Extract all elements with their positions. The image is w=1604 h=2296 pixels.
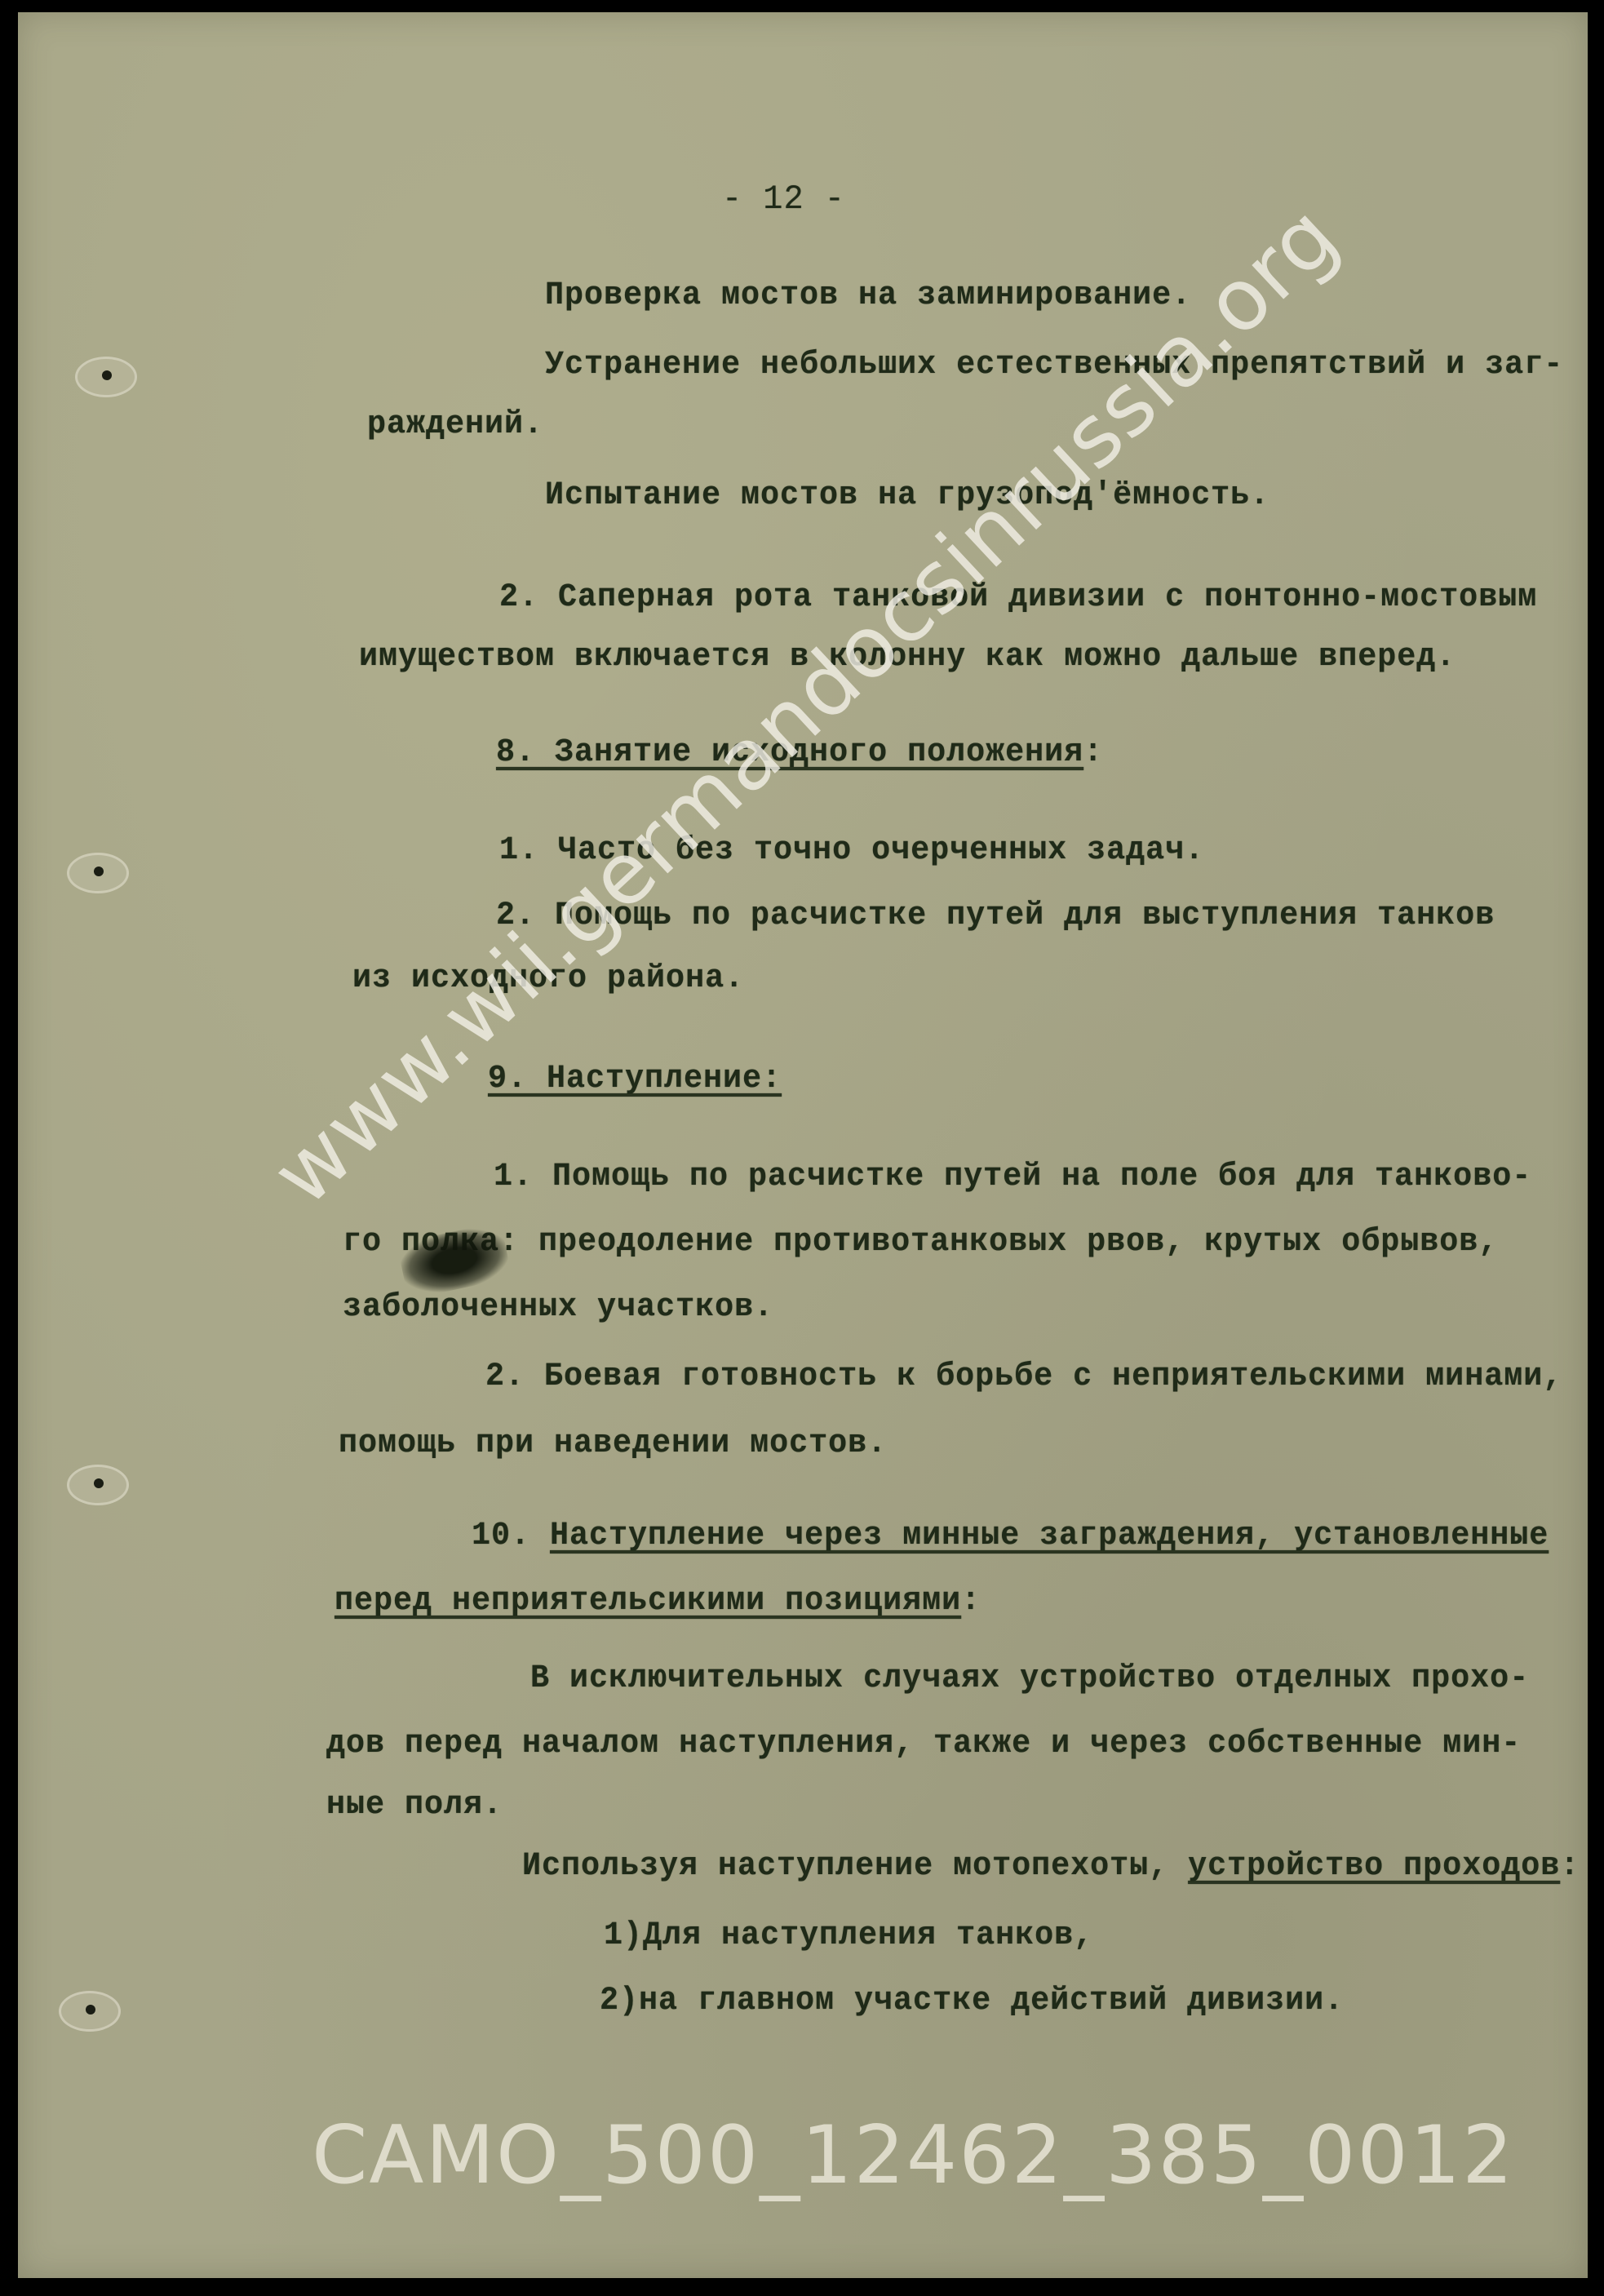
section-8-item-2: 2. Помощь по расчистке путей для выступл…: [496, 898, 1495, 934]
paragraph-sapper-company-cont: имуществом включается в колонну как можн…: [359, 639, 1456, 676]
section-10-paragraph-1: В исключительных случаях устройство отде…: [530, 1660, 1529, 1697]
punch-hole-icon: [59, 1991, 121, 2032]
section-10-heading-text: Наступление через минные заграждения, ус…: [550, 1518, 1549, 1554]
paragraph-bridge-mine-check: Проверка мостов на заминирование.: [545, 277, 1191, 314]
section-8-heading: 8. Занятие исходного положения:: [496, 734, 1103, 771]
section-10-list-item-1: 1)Для наступления танков,: [604, 1917, 1093, 1954]
underlined-phrase: устройство проходов: [1188, 1848, 1560, 1885]
watermark: www.wii.germandocsinrussia.org: [253, 186, 1357, 1225]
section-8-item-1: 1. Часто без точно очерченных задач.: [499, 832, 1204, 869]
section-9-item-2-cont: помощь при наведении мостов.: [339, 1425, 887, 1462]
section-10-list-item-2: 2)на главном участке действий дивизии.: [600, 1983, 1344, 2019]
paragraph-obstacle-removal-cont: раждений.: [367, 406, 543, 443]
paragraph-text: Используя наступление мотопехоты,: [522, 1848, 1188, 1885]
archive-id-caption: CAMO_500_12462_385_0012: [312, 2109, 1514, 2202]
section-9-item-1: 1. Помощь по расчистке путей на поле боя…: [494, 1159, 1531, 1195]
punch-hole-icon: [67, 853, 129, 893]
section-10-heading-text-cont: перед неприятельсикими позициями: [335, 1583, 961, 1620]
section-9-item-2: 2. Боевая готовность к борьбе с неприяте…: [485, 1359, 1562, 1395]
paragraph-obstacle-removal: Устранение небольших естественных препят…: [545, 347, 1563, 383]
document-page: - 12 - Проверка мостов на заминирование.…: [18, 12, 1588, 2278]
section-10-paragraph-2: Используя наступление мотопехоты, устрой…: [522, 1848, 1580, 1885]
section-10-heading: 10. Наступление через минные заграждения…: [472, 1518, 1549, 1554]
section-8-item-2-cont: из исходного района.: [352, 960, 744, 997]
punch-hole-icon: [67, 1465, 129, 1505]
section-10-number: 10.: [472, 1518, 550, 1554]
paragraph-colon: :: [1560, 1848, 1580, 1885]
page-number: - 12 -: [722, 180, 845, 219]
section-9-item-1-cont: го полка: преодоление противотанковых рв…: [343, 1224, 1498, 1261]
section-8-heading-text: 8. Занятие исходного положения: [496, 734, 1083, 771]
section-10-paragraph-1-cont: дов перед началом наступления, также и ч…: [326, 1726, 1521, 1762]
paragraph-bridge-load-test: Испытание мостов на грузопод'ёмность.: [545, 477, 1269, 514]
section-10-heading-cont: перед неприятельсикими позициями:: [335, 1583, 981, 1620]
punch-hole-icon: [75, 357, 137, 397]
section-9-heading: 9. Наступление:: [488, 1061, 782, 1097]
paragraph-sapper-company: 2. Саперная рота танковой дивизии с понт…: [499, 579, 1537, 616]
heading-colon: :: [961, 1583, 981, 1620]
section-10-paragraph-1-cont2: ные поля.: [326, 1787, 503, 1824]
heading-colon: :: [1083, 734, 1103, 771]
